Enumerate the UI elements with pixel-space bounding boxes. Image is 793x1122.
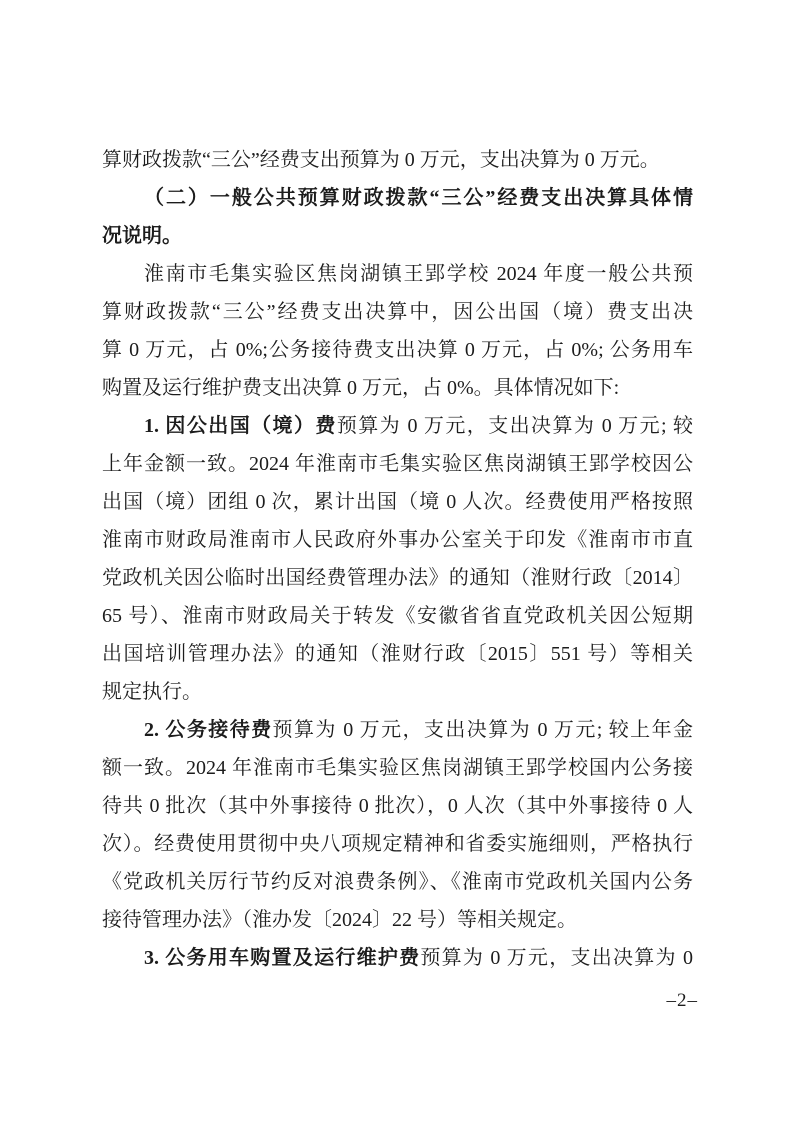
paragraph-item3-vehicle-expense: 3. 公务用车购置及运行维护费预算为 0 万元，支出决算为 0 [102,939,693,977]
text-line: 次）。经费使用贯彻中央八项规定精神和省委实施细则，严格执行 [102,825,693,863]
paragraph-item1-abroad-expense: 1. 因公出国（境）费预算为 0 万元，支出决算为 0 万元; 较上年金额一致。… [102,407,693,711]
body-text: 预算为 0 万元，支出决算为 0 万元; 较上年金 [273,719,693,741]
text-line: 淮南市毛集实验区焦岗湖镇王郢学校 2024 年度一般公共预 [102,255,693,293]
text-line: 算财政拨款“三公”经费支出决算中，因公出国（境）费支出决 [102,293,693,331]
text-line: （二）一般公共预算财政拨款“三公”经费支出决算具体情 [102,179,693,217]
text-line: 算财政拨款“三公”经费支出预算为 0 万元，支出决算为 0 万元。 [102,141,693,179]
text-line: 65 号）、淮南市财政局关于转发《安徽省省直党政机关因公短期 [102,597,693,635]
text-line: 接待管理办法》（淮办发〔2024〕22 号）等相关规定。 [102,901,693,939]
body-text: 预算为 0 万元，支出决算为 0 [420,947,693,969]
text-line: 算 0 万元，占 0%;公务接待费支出决算 0 万元，占 0%; 公务用车 [102,331,693,369]
bold-text: 3. 公务用车购置及运行维护费 [144,947,420,969]
paragraph-section-heading: （二）一般公共预算财政拨款“三公”经费支出决算具体情况说明。 [102,179,693,255]
body-text: 购置及运行维护费支出决算 0 万元，占 0%。具体情况如下: [102,377,619,399]
text-line: 淮南市财政局淮南市人民政府外事办公室关于印发《淮南市市直 [102,521,693,559]
body-text: 出国培训管理办法》的通知（淮财行政〔2015〕551 号）等相关 [102,643,693,665]
body-text: 淮南市毛集实验区焦岗湖镇王郢学校 2024 年度一般公共预 [144,263,693,285]
text-line: 2. 公务接待费预算为 0 万元，支出决算为 0 万元; 较上年金 [102,711,693,749]
page-number: –2– [667,989,699,1013]
body-text: 额一致。2024 年淮南市毛集实验区焦岗湖镇王郢学校国内公务接 [102,757,693,779]
text-line: 党政机关因公临时出国经费管理办法》的通知（淮财行政〔2014〕 [102,559,693,597]
body-text: 出国（境）团组 0 次，累计出国（境 0 人次。经费使用严格按照 [102,491,693,513]
body-text: 《党政机关厉行节约反对浪费条例》、《淮南市党政机关国内公务 [102,871,693,893]
text-line: 上年金额一致。2024 年淮南市毛集实验区焦岗湖镇王郢学校因公 [102,445,693,483]
text-line: 出国培训管理办法》的通知（淮财行政〔2015〕551 号）等相关 [102,635,693,673]
bold-text: （二）一般公共预算财政拨款“三公”经费支出决算具体情 [144,187,693,209]
body-text: 65 号）、淮南市财政局关于转发《安徽省省直党政机关因公短期 [102,605,693,627]
body-text: 算财政拨款“三公”经费支出决算中，因公出国（境）费支出决 [102,301,693,323]
document-body: 算财政拨款“三公”经费支出预算为 0 万元，支出决算为 0 万元。（二）一般公共… [102,141,693,977]
bold-text: 2. 公务接待费 [144,719,273,741]
body-text: 淮南市财政局淮南市人民政府外事办公室关于印发《淮南市市直 [102,529,693,551]
body-text: 党政机关因公临时出国经费管理办法》的通知（淮财行政〔2014〕 [102,567,693,589]
paragraph-overview: 淮南市毛集实验区焦岗湖镇王郢学校 2024 年度一般公共预算财政拨款“三公”经费… [102,255,693,407]
body-text: 上年金额一致。2024 年淮南市毛集实验区焦岗湖镇王郢学校因公 [102,453,693,475]
text-line: 1. 因公出国（境）费预算为 0 万元，支出决算为 0 万元; 较 [102,407,693,445]
text-line: 待共 0 批次（其中外事接待 0 批次），0 人次（其中外事接待 0 人 [102,787,693,825]
body-text: 预算为 0 万元，支出决算为 0 万元; 较 [337,415,693,437]
text-line: 况说明。 [102,217,693,255]
body-text: 算财政拨款“三公”经费支出预算为 0 万元，支出决算为 0 万元。 [102,149,660,171]
paragraph-carryover: 算财政拨款“三公”经费支出预算为 0 万元，支出决算为 0 万元。 [102,141,693,179]
text-line: 购置及运行维护费支出决算 0 万元，占 0%。具体情况如下: [102,369,693,407]
body-text: 算 0 万元，占 0%;公务接待费支出决算 0 万元，占 0%; 公务用车 [102,339,693,361]
bold-text: 1. 因公出国（境）费 [144,415,337,437]
text-line: 出国（境）团组 0 次，累计出国（境 0 人次。经费使用严格按照 [102,483,693,521]
paragraph-item2-reception-expense: 2. 公务接待费预算为 0 万元，支出决算为 0 万元; 较上年金额一致。202… [102,711,693,939]
body-text: 规定执行。 [102,681,202,703]
bold-text: 况说明。 [102,225,182,247]
text-line: 额一致。2024 年淮南市毛集实验区焦岗湖镇王郢学校国内公务接 [102,749,693,787]
document-page: 算财政拨款“三公”经费支出预算为 0 万元，支出决算为 0 万元。（二）一般公共… [0,0,793,1122]
text-line: 规定执行。 [102,673,693,711]
body-text: 接待管理办法》（淮办发〔2024〕22 号）等相关规定。 [102,909,577,931]
body-text: 次）。经费使用贯彻中央八项规定精神和省委实施细则，严格执行 [102,833,693,855]
body-text: 待共 0 批次（其中外事接待 0 批次），0 人次（其中外事接待 0 人 [102,795,693,817]
text-line: 《党政机关厉行节约反对浪费条例》、《淮南市党政机关国内公务 [102,863,693,901]
text-line: 3. 公务用车购置及运行维护费预算为 0 万元，支出决算为 0 [102,939,693,977]
